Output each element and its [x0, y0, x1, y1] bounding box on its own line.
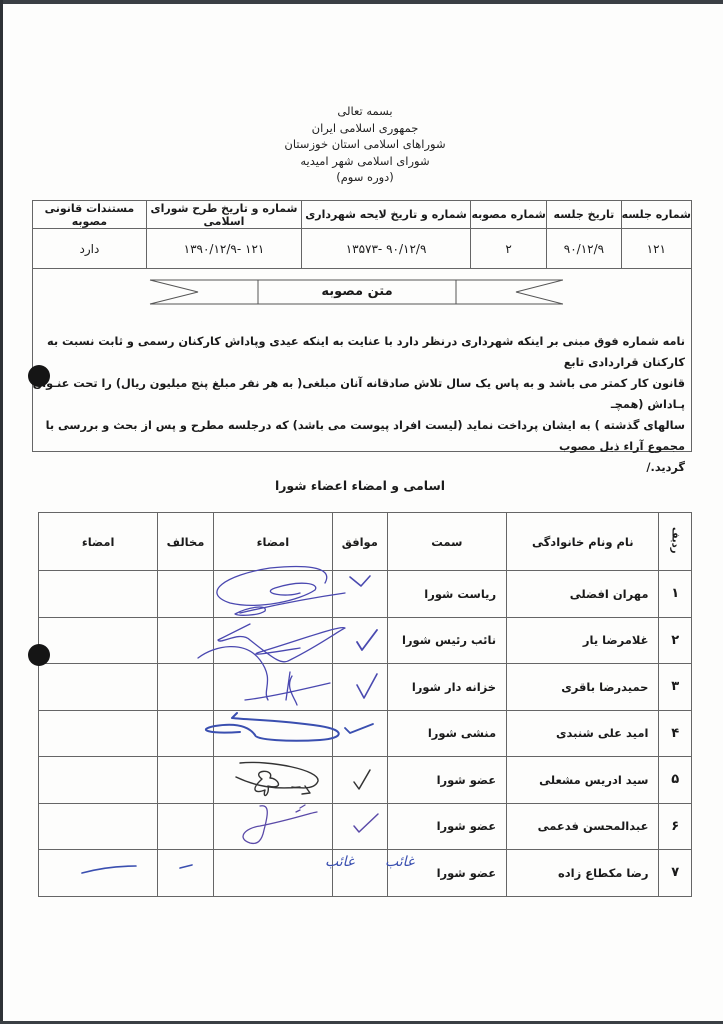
agree-signature: [213, 664, 332, 711]
agree-mark: [333, 757, 388, 804]
resolution-info-table: شماره جلسه تاریخ جلسه شماره مصوبه شماره …: [32, 200, 692, 269]
header-disagree: مخالف: [158, 513, 214, 571]
header-role: سمت: [387, 513, 506, 571]
member-role: منشی شورا: [387, 710, 506, 757]
agree-signature: [213, 757, 332, 804]
body-line: گردید./: [30, 457, 685, 478]
agree-mark: [333, 803, 388, 850]
info-value-row: ۱۲۱ ۹۰/۱۲/۹ ۲ ۹۰/۱۲/۹ -۱۳۵۷۳ ۱۲۱ -۱۳۹۰/۱…: [33, 229, 692, 269]
agree-signature: [213, 850, 332, 897]
agree-signature: [213, 710, 332, 757]
heading-line: شورای اسلامی شهر امیدیه: [240, 153, 490, 170]
header-agree-signature: امضاء: [213, 513, 332, 571]
member-name: مهران افضلی: [507, 571, 659, 618]
scan-edge-top: [0, 0, 723, 4]
member-name: حمیدرضا باقری: [507, 664, 659, 711]
resolution-title-banner: متن مصوبه: [148, 277, 563, 307]
disagree-signature: [39, 571, 158, 618]
info-header-row: شماره جلسه تاریخ جلسه شماره مصوبه شماره …: [33, 201, 692, 229]
disagree-mark: [158, 757, 214, 804]
header-session-number: شماره جلسه: [621, 201, 691, 229]
member-row: ۲ غلامرضا یار نائب رئیس شورا: [39, 617, 692, 664]
header-agree: موافق: [333, 513, 388, 571]
agree-signature: [213, 803, 332, 850]
header-name: نام ونام خانوادگی: [507, 513, 659, 571]
heading-line: شوراهای اسلامی استان خوزستان: [240, 136, 490, 153]
members-header-row: ردیف نام ونام خانوادگی سمت موافق امضاء م…: [39, 513, 692, 571]
agree-mark: [333, 710, 388, 757]
session-number: ۱۲۱: [621, 229, 691, 269]
members-title: اسامی و امضاء اعضاء شورا: [230, 478, 490, 493]
punch-hole-icon: [28, 644, 50, 666]
disagree-signature: [39, 664, 158, 711]
resolution-number: ۲: [470, 229, 546, 269]
council-plan: ۱۲۱ -۱۳۹۰/۱۲/۹: [146, 229, 301, 269]
agree-signature: [213, 617, 332, 664]
row-number: ۶: [659, 803, 692, 850]
disagree-mark: [158, 571, 214, 618]
disagree-mark: [158, 664, 214, 711]
body-line: نامه شماره فوق مبنی بر اینکه شهرداری درن…: [30, 331, 685, 373]
heading-line: بسمه تعالی: [240, 103, 490, 120]
heading-line: (دوره سوم): [240, 169, 490, 186]
row-number: ۷: [659, 850, 692, 897]
member-row: ۳ حمیدرضا باقری خزانه دار شورا: [39, 664, 692, 711]
agree-signature: [213, 571, 332, 618]
member-name: غلامرضا یار: [507, 617, 659, 664]
body-line: سالهای گذشته ) به ایشان پرداخت نماید (لی…: [30, 415, 685, 457]
agree-mark: [333, 571, 388, 618]
municipality-bill: ۹۰/۱۲/۹ -۱۳۵۷۳: [302, 229, 471, 269]
members-table: ردیف نام ونام خانوادگی سمت موافق امضاء م…: [38, 512, 692, 897]
document-heading: بسمه تعالی جمهوری اسلامی ایران شوراهای ا…: [240, 103, 490, 186]
header-session-date: تاریخ جلسه: [547, 201, 621, 229]
disagree-signature: [39, 803, 158, 850]
disagree-mark: [158, 710, 214, 757]
disagree-mark: [158, 803, 214, 850]
agree-mark: [333, 850, 388, 897]
agree-mark: [333, 617, 388, 664]
resolution-body: نامه شماره فوق مبنی بر اینکه شهرداری درن…: [30, 331, 685, 478]
member-role: عضو شورا: [387, 757, 506, 804]
disagree-signature: [39, 757, 158, 804]
member-name: رضا مکطاع زاده: [507, 850, 659, 897]
body-line: قانون کار کمتر می باشد و به پاس یک سال ت…: [30, 373, 685, 415]
member-role: عضو شورا: [387, 803, 506, 850]
disagree-signature: [39, 850, 158, 897]
header-legal-documents: مستندات قانونی مصوبه: [33, 201, 147, 229]
row-number: ۴: [659, 710, 692, 757]
header-council-plan: شماره و تاریخ طرح شورای اسلامی: [146, 201, 301, 229]
row-number: ۱: [659, 571, 692, 618]
legal-documents: دارد: [33, 229, 147, 269]
member-row: ۴ امید علی شنبدی منشی شورا: [39, 710, 692, 757]
member-row: ۶ عبدالمحسن فدعمی عضو شورا: [39, 803, 692, 850]
scan-edge-left: [0, 0, 3, 1024]
member-row: ۱ مهران افضلی ریاست شورا: [39, 571, 692, 618]
member-role: ریاست شورا: [387, 571, 506, 618]
agree-mark: [333, 664, 388, 711]
member-role: عضو شورا: [387, 850, 506, 897]
punch-hole-icon: [28, 365, 50, 387]
row-number: ۳: [659, 664, 692, 711]
disagree-signature: [39, 617, 158, 664]
member-name: امید علی شنبدی: [507, 710, 659, 757]
heading-line: جمهوری اسلامی ایران: [240, 120, 490, 137]
header-row-number: ردیف: [659, 513, 692, 571]
disagree-mark: [158, 850, 214, 897]
header-municipality-bill: شماره و تاریخ لایحه شهرداری: [302, 201, 471, 229]
disagree-signature: [39, 710, 158, 757]
member-role: خزانه دار شورا: [387, 664, 506, 711]
member-name: سید ادریس مشعلی: [507, 757, 659, 804]
header-resolution-number: شماره مصوبه: [470, 201, 546, 229]
member-name: عبدالمحسن فدعمی: [507, 803, 659, 850]
row-number: ۲: [659, 617, 692, 664]
header-disagree-signature: امضاء: [39, 513, 158, 571]
disagree-mark: [158, 617, 214, 664]
resolution-title: متن مصوبه: [258, 277, 456, 307]
member-row: ۷ رضا مکطاع زاده عضو شورا: [39, 850, 692, 897]
member-row: ۵ سید ادریس مشعلی عضو شورا: [39, 757, 692, 804]
member-role: نائب رئیس شورا: [387, 617, 506, 664]
session-date: ۹۰/۱۲/۹: [547, 229, 621, 269]
row-number: ۵: [659, 757, 692, 804]
